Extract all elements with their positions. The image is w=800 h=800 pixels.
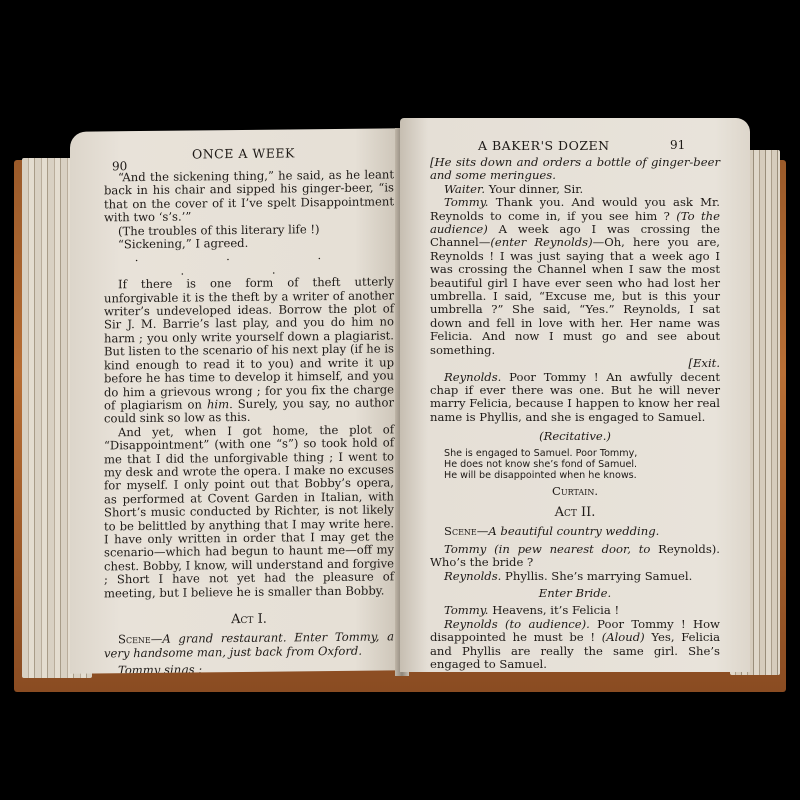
scene-one: Scene—A grand restaurant. Enter Tommy, a… bbox=[104, 631, 394, 661]
stage-direction: [He sits down and orders a bottle of gin… bbox=[430, 156, 720, 183]
left-page: ONCE A WEEK 90 “And the sickening thing,… bbox=[70, 128, 405, 674]
scene-two: Scene—A beautiful country wedding. bbox=[430, 525, 720, 538]
dialogue-sickening: “And the sickening thing,” he said, as h… bbox=[104, 168, 394, 225]
tommy-cannot-marry: Tommy. Then I cannot marry her ! bbox=[430, 671, 720, 672]
open-book: ONCE A WEEK 90 “And the sickening thing,… bbox=[0, 0, 800, 800]
running-header-right: A BAKER'S DOZEN bbox=[478, 138, 610, 153]
recitative-label: (Recitative.) bbox=[430, 430, 720, 443]
act-one-heading: Act I. bbox=[104, 611, 394, 627]
exit-direction: [Exit. bbox=[430, 357, 720, 370]
reynolds-phyllis: Reynolds. Phyllis. She’s marrying Samuel… bbox=[430, 570, 720, 583]
reynolds-aside: Reynolds (to audience). Poor Tommy ! How… bbox=[430, 618, 720, 672]
paragraph-theft: If there is one form of theft utterly un… bbox=[104, 276, 394, 427]
recitative-verse: She is engaged to Samuel. Poor Tommy, He… bbox=[444, 448, 720, 481]
reynolds-speech: Reynolds. Poor Tommy ! An awfully decent… bbox=[430, 371, 720, 425]
tommy-speech: Tommy. Thank you. And would you ask Mr. … bbox=[430, 196, 720, 357]
tommy-who-bride: Tommy (in pew nearest door, to Reynolds)… bbox=[430, 543, 720, 570]
running-header-left: ONCE A WEEK bbox=[192, 145, 295, 161]
paragraph-and-yet: And yet, when I got home, the plot of “D… bbox=[104, 423, 394, 600]
right-page: A BAKER'S DOZEN 91 [He sits down and ord… bbox=[400, 118, 750, 672]
tommy-heavens: Tommy. Heavens, it’s Felicia ! bbox=[430, 604, 720, 617]
waiter-line: Waiter. Your dinner, Sir. bbox=[430, 183, 720, 196]
enter-bride: Enter Bride. bbox=[430, 587, 720, 600]
act-two-heading: Act II. bbox=[430, 506, 720, 519]
page-number-right: 91 bbox=[670, 138, 685, 152]
right-page-body: [He sits down and orders a bottle of gin… bbox=[430, 156, 720, 672]
curtain: Curtain. bbox=[430, 485, 720, 498]
left-page-body: “And the sickening thing,” he said, as h… bbox=[104, 168, 394, 673]
